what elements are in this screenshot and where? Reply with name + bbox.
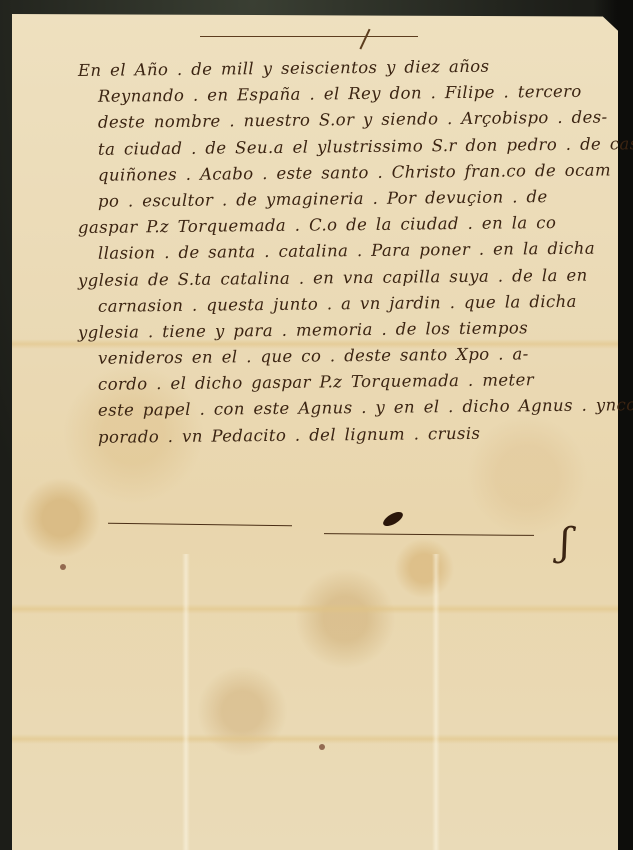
header-rule	[200, 36, 418, 37]
text-line: porado . vn Pedacito . del lignum . crus…	[78, 419, 618, 451]
header-mark	[359, 29, 370, 50]
closing-flourish: ʃ	[560, 520, 570, 564]
paper-fold-horizontal	[12, 604, 618, 614]
manuscript-text: En el Año . de mill y seiscientos y diez…	[78, 58, 618, 451]
paper-crease-vertical	[182, 554, 190, 850]
closing-rule	[324, 533, 534, 536]
ink-stain	[60, 564, 66, 570]
paper-crease-vertical	[432, 554, 440, 850]
ink-stain	[319, 744, 325, 750]
paper-fold-horizontal	[12, 734, 618, 744]
ink-blot	[381, 509, 405, 529]
closing-rule	[108, 523, 292, 527]
